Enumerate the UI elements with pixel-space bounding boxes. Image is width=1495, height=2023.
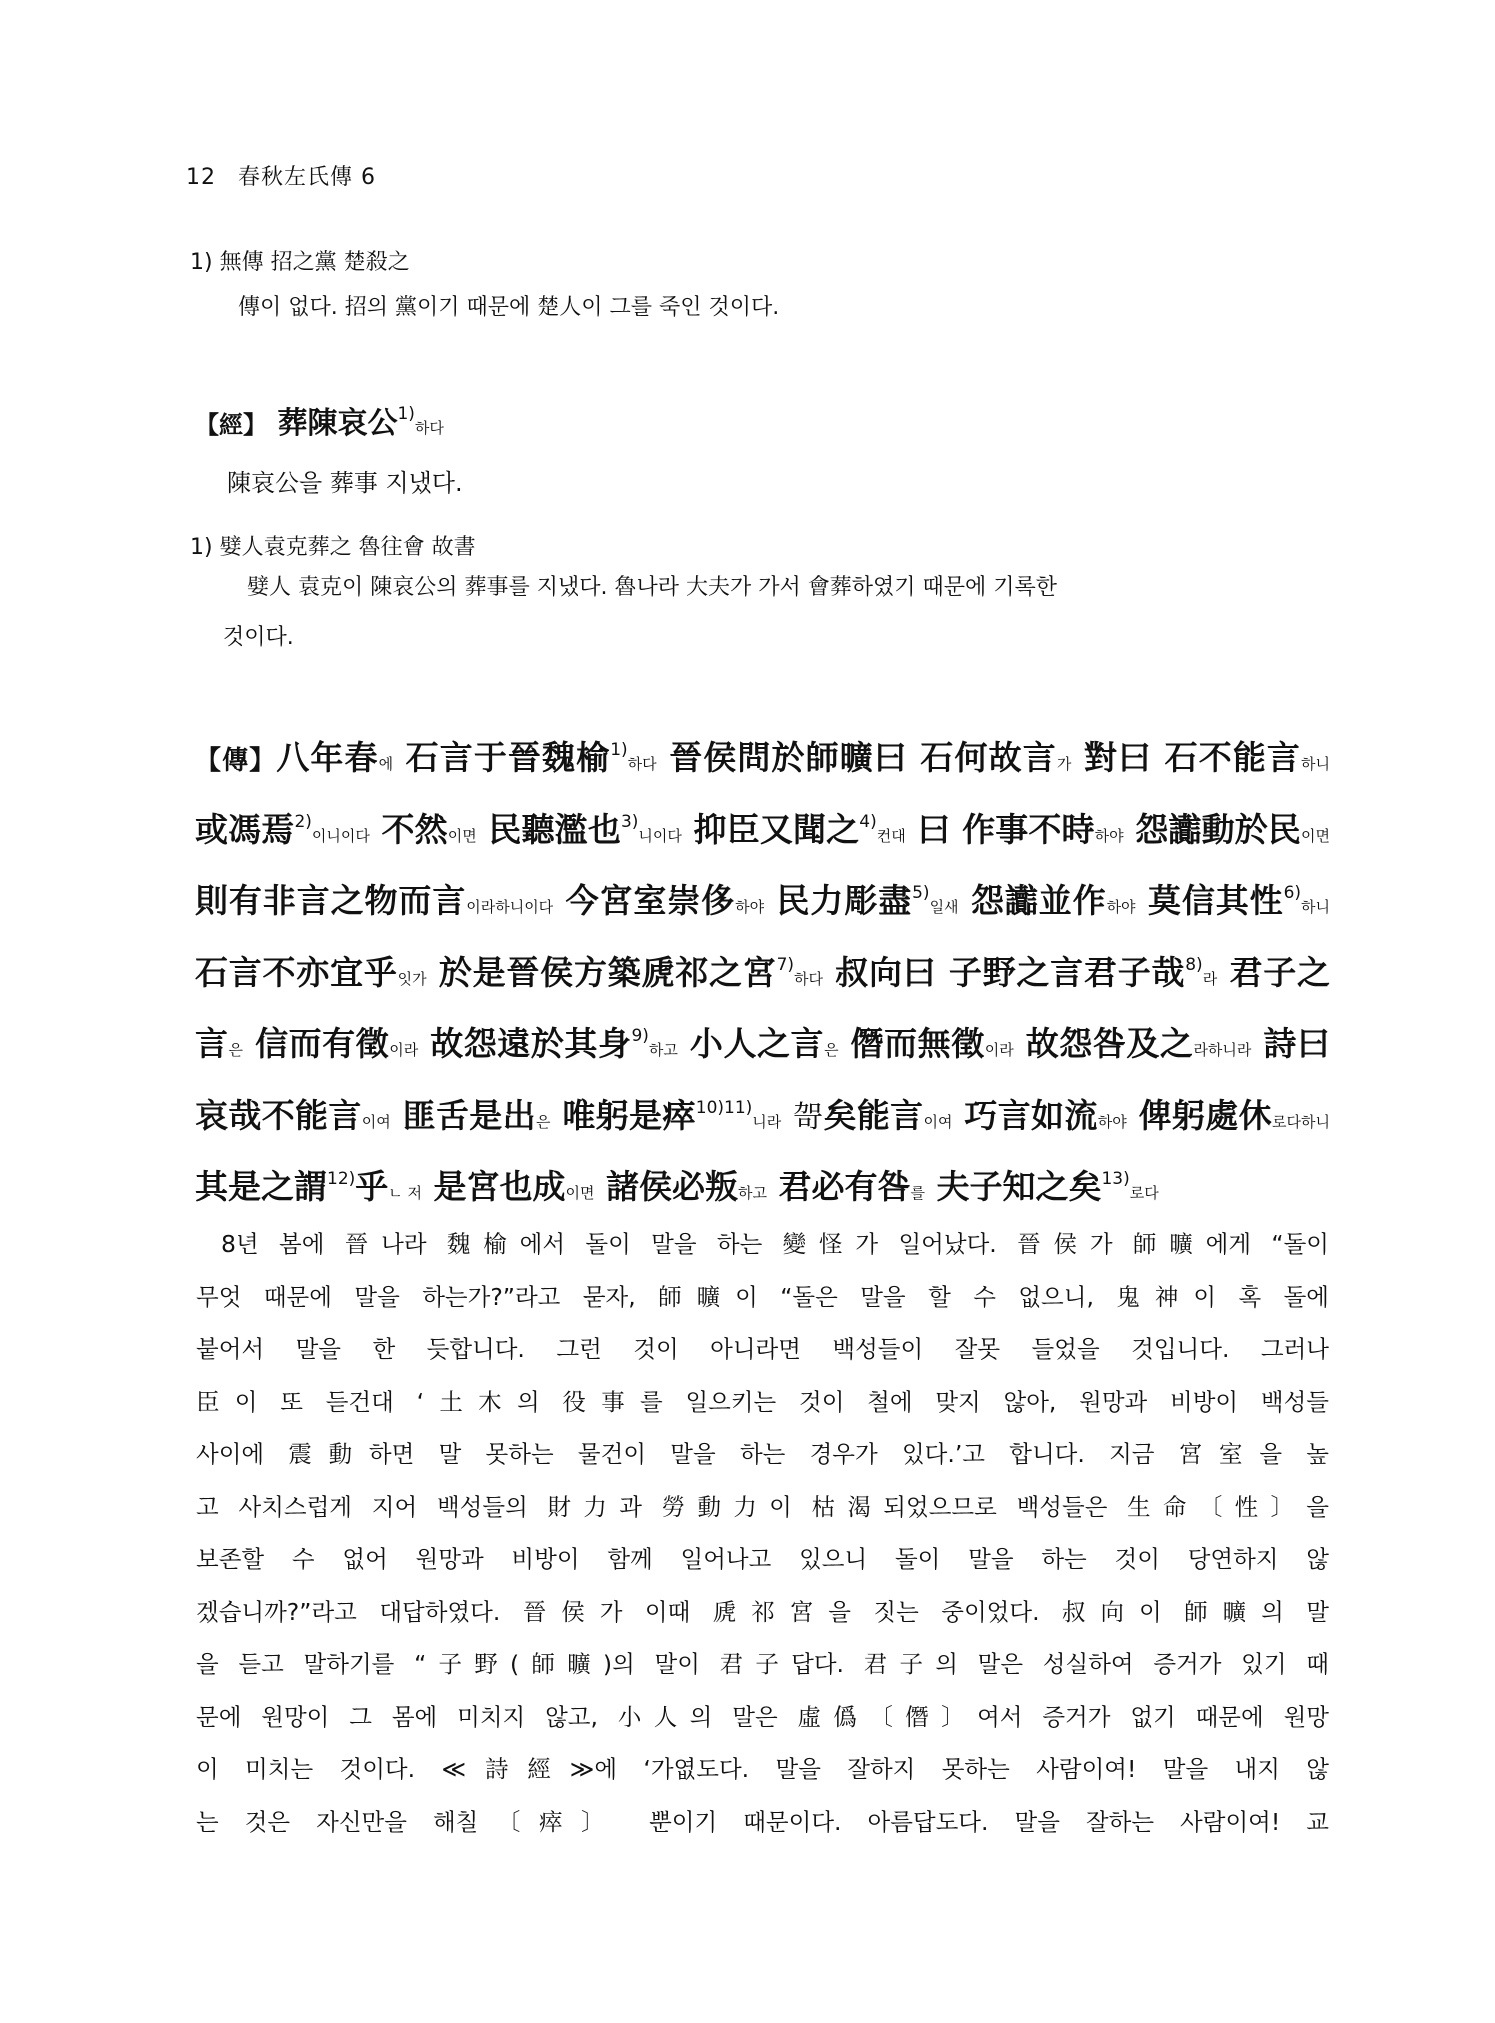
hangul-particle: 은 [536, 1113, 551, 1131]
translation-line: 붙어서 말을 한 듯합니다. 그런 것이 아니라면 백성들이 잘못 들었을 것입… [196, 1323, 1329, 1376]
hangul-particle: 를 [910, 1184, 925, 1202]
hangul-particle: 이면 [1301, 827, 1330, 845]
footnote-ref: 4) [859, 812, 876, 832]
hangul-particle: 이라 [985, 1041, 1014, 1059]
zhuan-label: 【傳】 [195, 746, 276, 776]
translation-line: 무엇 때문에 말을 하는가?”라고 묻자, 師曠이 “돌은 말을 할 수 없으니… [196, 1271, 1329, 1324]
hangul-particle: 하다 [628, 755, 657, 773]
running-head: 12 春秋左氏傳 6 [186, 160, 376, 191]
hangul-particle: 하니 [1301, 898, 1330, 916]
hangul-particle: 니이다 [638, 827, 681, 845]
page-number: 12 [186, 165, 216, 190]
footnote-ref: 12) [327, 1169, 355, 1189]
footnote-ref: 5) [912, 883, 929, 903]
footnote-ref: 7) [777, 955, 794, 975]
hangul-particle: 라하니라 [1193, 1041, 1251, 1059]
hangul-particle: ㄴ 저 [388, 1184, 422, 1202]
footnote-marker: 1) [190, 250, 213, 275]
footnote-source: 無傳 招之黨 楚殺之 [220, 250, 410, 275]
hangul-particle: 하고 [738, 1184, 767, 1202]
footnote-ref: 3) [621, 812, 638, 832]
footnote-a-translation: 傳이 없다. 招의 黨이기 때문에 楚人이 그를 죽인 것이다. [238, 285, 779, 331]
hangul-particle: 하야 [1095, 827, 1124, 845]
translation-line: 사이에 震動하면 말 못하는 물건이 말을 하는 경우가 있다.’고 합니다. … [196, 1428, 1329, 1481]
jing-heading: 【經】 葬陳哀公1)하다 [195, 398, 444, 442]
hangul-particle: 로다하니 [1272, 1113, 1330, 1131]
footnote-ref: 2) [294, 812, 311, 832]
translation-line: 보존할 수 없어 원망과 비방이 함께 일어나고 있으니 돌이 말을 하는 것이… [196, 1533, 1329, 1586]
footnote-ref: 9) [631, 1026, 648, 1046]
hangul-particle: 라 [1203, 970, 1218, 988]
footnote-b-translation-line: 것이다. [223, 615, 294, 661]
hangul-particle: 이라하니이다 [466, 898, 553, 916]
light-glyph: 哿 [793, 1100, 823, 1135]
hangul-particle: 로다 [1130, 1184, 1159, 1202]
footnote-marker: 1) [190, 535, 213, 560]
zhuan-body: 八年春에 石言于晉魏榆1)하다 晉侯問於師曠曰 石何故言가 對曰 石不能言하니 … [195, 738, 1330, 1206]
footnote-ref: 6) [1284, 883, 1301, 903]
hangul-particle: 은 [229, 1041, 244, 1059]
hangul-particle: 에 [379, 755, 394, 773]
book-title: 春秋左氏傳 6 [238, 165, 376, 190]
jing-text: 葬陳哀公 [277, 406, 397, 441]
footnote-b-translation-line: 嬖人 袁克이 陳哀公의 葬事를 지냈다. 魯나라 大夫가 가서 會葬하였기 때문… [247, 565, 1057, 611]
hangul-particle: 하고 [649, 1041, 678, 1059]
translation-line: 8년 봄에 晉나라 魏榆에서 돌이 말을 하는 變怪가 일어났다. 晉侯가 師曠… [196, 1218, 1329, 1271]
footnote-ref: 8) [1185, 955, 1202, 975]
jing-label: 【經】 [195, 411, 267, 439]
hangul-particle: 니라 [752, 1113, 781, 1131]
hangul-particle: 하야 [735, 898, 764, 916]
hangul-particle: 잇가 [398, 970, 427, 988]
document-page: 12 春秋左氏傳 6 1) 無傳 招之黨 楚殺之 傳이 없다. 招의 黨이기 때… [0, 0, 1495, 2023]
hangul-particle: 이여 [362, 1113, 391, 1131]
footnote-b: 1) 嬖人袁克葬之 魯往會 故書 [190, 530, 476, 561]
translation-line: 문에 원망이 그 몸에 미치지 않고, 小人의 말은 虛僞〔僭〕여서 증거가 없… [196, 1691, 1329, 1744]
hangul-particle: 하야 [1107, 898, 1136, 916]
footnote-ref: 10)11) [696, 1098, 753, 1118]
hangul-particle: 이니이다 [312, 827, 370, 845]
hangul-particle: 이라 [389, 1041, 418, 1059]
hangul-particle: 일새 [930, 898, 959, 916]
footnote-ref: 13) [1101, 1169, 1129, 1189]
footnote-source: 嬖人袁克葬之 魯往會 故書 [220, 535, 476, 560]
hangul-particle: 하니 [1301, 755, 1330, 773]
footnote-ref: 1) [397, 404, 414, 424]
jing-suffix: 하다 [415, 419, 444, 437]
translation-line: 는 것은 자신만을 해칠〔瘁〕 뿐이기 때문이다. 아름답도다. 말을 잘하는 … [196, 1796, 1329, 1849]
translation-line: 고 사치스럽게 지어 백성들의 財力과 勞動力이 枯渴되었으므로 백성들은 生命… [196, 1481, 1329, 1534]
hangul-particle: 컨대 [877, 827, 906, 845]
footnote-ref: 1) [610, 740, 627, 760]
jing-translation: 陳哀公을 葬事 지냈다. [227, 463, 463, 498]
hangul-particle: 하야 [1098, 1113, 1127, 1131]
translation-line: 臣이 또 듣건대 ‘土木의 役事를 일으키는 것이 철에 맞지 않아, 원망과 … [196, 1376, 1329, 1429]
hangul-particle: 이면 [448, 827, 477, 845]
translation-line: 이 미치는 것이다. ≪詩經≫에 ‘가엾도다. 말을 잘하지 못하는 사람이여!… [196, 1743, 1329, 1796]
zhuan-text: 【傳】八年春에 石言于晉魏榆1)하다 晉侯問於師曠曰 石何故言가 對曰 石不能言… [195, 722, 1330, 1223]
translation-line: 을 듣고 말하기를 “子野(師曠)의 말이 君子답다. 君子의 말은 성실하여 … [196, 1638, 1329, 1691]
translation-line: 겠습니까?”라고 대답하였다. 晉侯가 이때 虒祁宮을 짓는 중이었다. 叔向이… [196, 1586, 1329, 1639]
footnote-a: 1) 無傳 招之黨 楚殺之 [190, 245, 410, 276]
hangul-particle: 이면 [566, 1184, 595, 1202]
hangul-particle: 하다 [794, 970, 823, 988]
hangul-particle: 이여 [924, 1113, 953, 1131]
hangul-particle: 가 [1057, 755, 1072, 773]
hangul-particle: 은 [824, 1041, 839, 1059]
zhuan-translation: 8년 봄에 晉나라 魏榆에서 돌이 말을 하는 變怪가 일어났다. 晉侯가 師曠… [196, 1218, 1329, 1848]
